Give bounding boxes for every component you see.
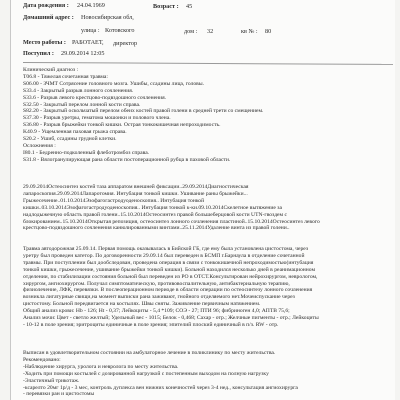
document-page: Дата рождения : 24.04.1969 Возраст : 45 …	[10, 0, 395, 400]
operation-line: блокированием..15.10.2014Открытая репози…	[23, 219, 389, 226]
diagnosis-line: S33.6 - Разрыв левого крестцово-подвздош…	[23, 95, 389, 102]
operation-line: крестцово-подвздошного сочленения канюли…	[23, 225, 389, 232]
recommendation-line: -Ходить при помощи костылей с дозированн…	[23, 371, 389, 378]
diagnosis-line: S82.20 - Закрытый оскольчатый перелом об…	[23, 108, 389, 115]
work-value: РАБОТАЕТ,	[72, 39, 104, 46]
diagnosis-line: S32.50 - Закрытый перелом лонной кости с…	[23, 102, 389, 109]
dob-value: 24.04.1969	[77, 2, 105, 9]
diagnosis-line: S37.30 - Разрыв уретры, гематома мошонки…	[23, 115, 389, 122]
complication-line: S31.8 - Вялогранулирующая рана области п…	[23, 157, 389, 164]
operation-line: кишки..03.10.2014Эзофагогастродуоденоско…	[23, 205, 389, 212]
history-line: физиолечение, ЛФК, перевязки. В послеопе…	[23, 287, 389, 294]
recommendations-title: Рекомендовано:	[23, 357, 389, 364]
age-value: 45	[186, 3, 192, 10]
house-value: 32	[207, 28, 213, 35]
dob-label: Дата рождения :	[23, 2, 69, 9]
street-label: улица :	[81, 27, 100, 34]
diagnosis-line: S06.00 - ЗЧМТ Сотрясение головного мозга…	[23, 81, 389, 88]
work-label: Место работы :	[23, 39, 66, 46]
operation-line: лапароскопия.29.09.2014Лапаротомия. Инту…	[23, 191, 389, 198]
blood-test-line: Общий анализ крови: Hb - 126; Ht - 0,37;…	[23, 308, 389, 315]
recommendation-line: - перевязки ран и цистостомы	[23, 391, 389, 398]
address-region: Новосибирская обл,	[81, 14, 134, 21]
admitted-value: 29.09.2014 12:05	[61, 50, 105, 57]
clinical-diagnosis: Клинический диагноз : T06.8 - Тяжелая со…	[23, 67, 389, 164]
discharge-line: Выписан в удовлетворительном состоянии н…	[23, 350, 389, 357]
diagnosis-line: S36.80 - Разрыв брыжейки тонкой кишки. О…	[23, 122, 389, 129]
work-position: директор	[113, 40, 137, 47]
history-line: травмы. При поступлении был дообследован…	[23, 260, 389, 267]
diagnosis-line: S20.2 - Ушиб, ссадины грудной клетки.	[23, 136, 389, 143]
apt-value: 80	[265, 28, 271, 35]
recommendation-line: -Наблюдение хирурга, уролога и невролога…	[23, 364, 389, 371]
diagnosis-title: Клинический диагноз :	[23, 67, 389, 74]
diagnosis-line: K40.9 - Ущемленная паховая грыжа справа.	[23, 129, 389, 136]
history-line: цистостому. Больной передвигается на кос…	[23, 301, 389, 308]
history-line: уретру был проведен катетор. По договоре…	[23, 253, 389, 260]
urine-test-line: - 10-12 в поле зрения; эритроциты единич…	[23, 322, 389, 329]
history-line: возникла лигатурные свищи,на момент выпи…	[23, 294, 389, 301]
house-label: дом :	[184, 28, 197, 35]
diagnosis-line: T06.8 - Тяжелая сочетанная травма:	[23, 74, 389, 81]
admitted-label: Поступил :	[23, 50, 54, 57]
recommendation-line: -ксарелто 20мг 1р/д - 3 мес, контроль ду…	[23, 385, 389, 392]
age-label: Возраст :	[153, 3, 179, 10]
history-line: Травма автодорожная 25.09.14. Первая пом…	[23, 246, 389, 253]
history-line: отделении, по стабилизации состояния бол…	[23, 274, 389, 281]
complications-title: Осложнения :	[23, 143, 389, 150]
operation-line: 29.09.2014Остеосинтез костей таза аппара…	[23, 184, 389, 191]
street-value: Котовского	[105, 27, 134, 34]
history-section: Травма автодорожная 25.09.14. Первая пом…	[23, 246, 389, 329]
header-divider	[23, 62, 393, 65]
discharge-section: Выписан в удовлетворительном состоянии н…	[23, 350, 389, 398]
operations-section: 29.09.2014Остеосинтез костей таза аппара…	[23, 184, 389, 232]
recommendation-line: -Эластичный трикотаж.	[23, 378, 389, 385]
diagnosis-line: S33.4 - Закрытый разрыв лонного сочленен…	[23, 88, 389, 95]
history-line: хирургом, ангиохирургом. Получал симптом…	[23, 281, 389, 288]
address-label: Домашний адрес :	[23, 14, 74, 21]
complication-line: I80.1 - Бедренно-подколенный флеботромбо…	[23, 150, 389, 157]
history-line: тонкой кишки, грыжесечение, ушивание бры…	[23, 267, 389, 274]
urine-test-line: Анализ мочи: Цвет - светло желтый; Удель…	[23, 315, 389, 322]
operation-line: Грыжесечение..01.10.2014Эзофагогастродуо…	[23, 198, 389, 205]
operation-line: надлодыжечную область правой голени..15.…	[23, 212, 389, 219]
apt-label: кв № :	[241, 28, 258, 35]
